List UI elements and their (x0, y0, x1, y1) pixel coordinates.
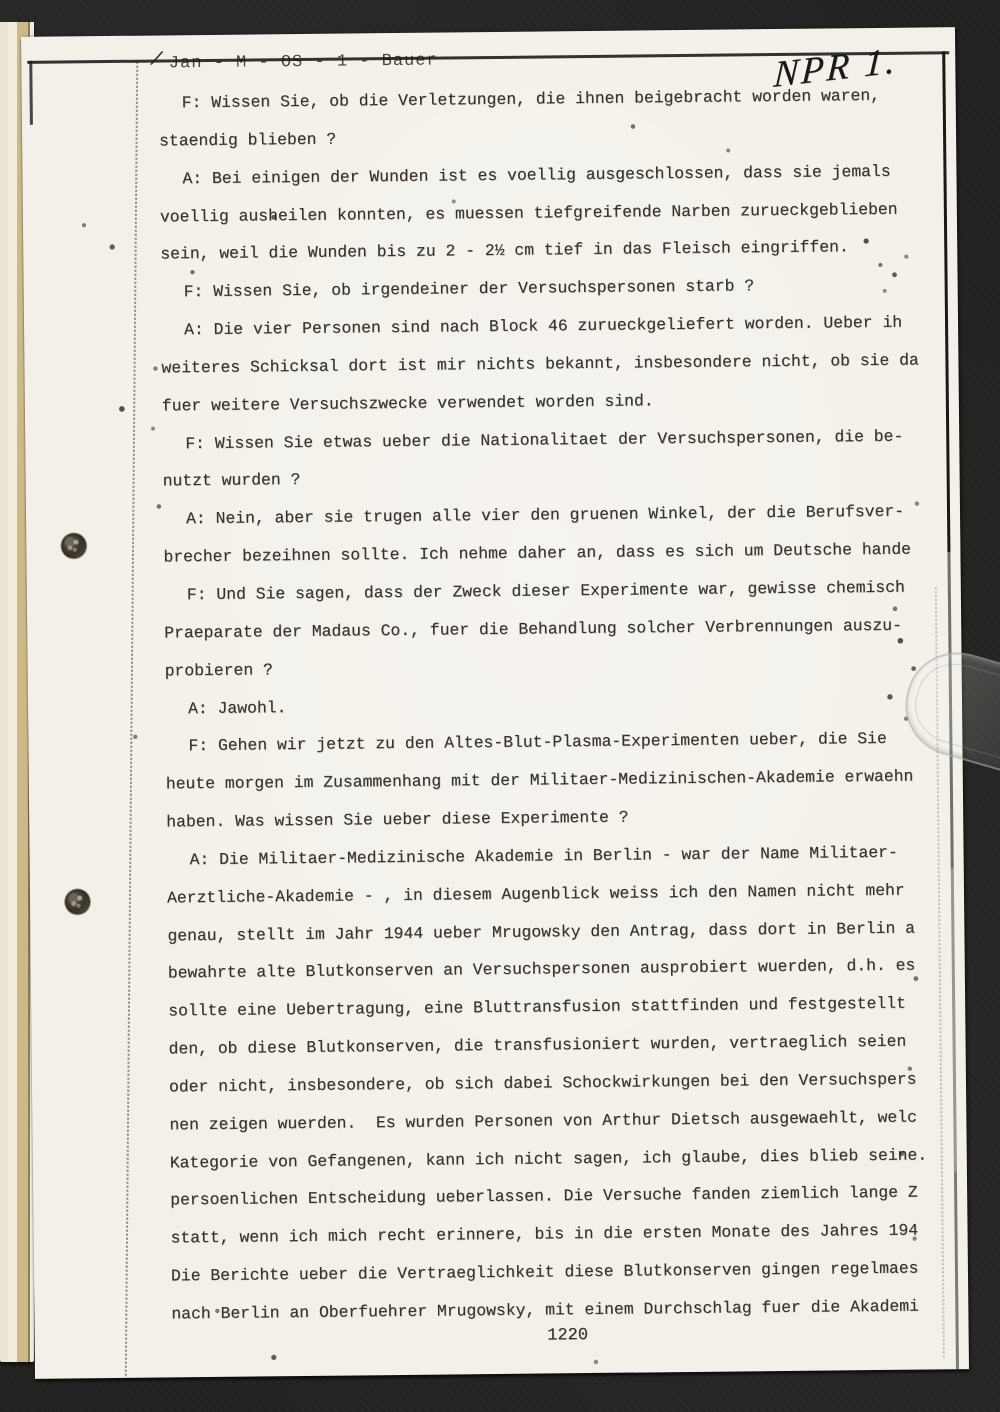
scan-background: /Jan - M - OS - 1 - Bauer NPR 1. F: Wiss… (0, 0, 1000, 1412)
punch-hole-bottom (65, 889, 90, 914)
page-header: /Jan - M - OS - 1 - Bauer (149, 46, 669, 77)
ink-specks (21, 37, 23, 39)
photostat-border-left (29, 61, 33, 125)
transcript-text: F: Wissen Sie, ob die Verletzungen, die … (159, 77, 964, 1334)
document-page: /Jan - M - OS - 1 - Bauer NPR 1. F: Wiss… (21, 27, 969, 1379)
punch-hole-top (61, 533, 86, 558)
header-text: Jan - M - OS - 1 - Bauer (169, 52, 438, 74)
margin-rule-line (125, 62, 139, 1379)
